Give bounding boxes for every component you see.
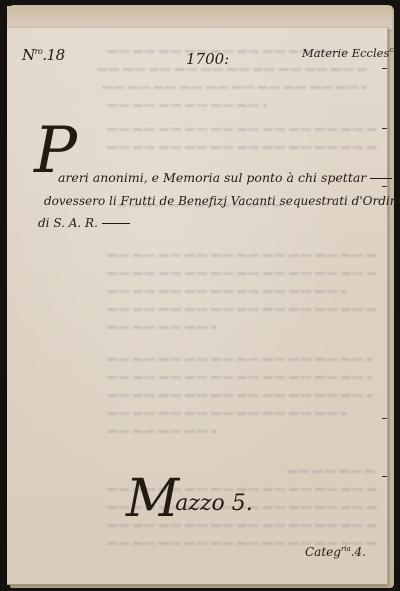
edge-mark [382,418,387,419]
title-line-3: di S. A. R. [38,216,130,230]
subject-text: Materie Eccles [302,46,389,60]
reference-number: Nro.18 [22,46,65,64]
subject-sup: che [389,46,400,54]
category-text: Categ [305,545,341,559]
edge-mark [382,128,387,129]
bleed-through-line [107,290,347,293]
bleed-through-line [107,254,377,257]
bleed-through-line [107,146,377,149]
reference-number-value: 18 [47,46,65,64]
bleed-through-line [107,376,372,379]
bleed-through-line [107,104,267,107]
bleed-through-line [107,128,377,131]
category-number: 4. [355,545,366,559]
edge-mark [382,476,387,477]
document-year: 1700: [186,50,229,68]
title-line-2-text: dovessero li Frutti de Benefizj Vacanti … [44,194,400,208]
bleed-through-line [287,470,377,473]
bundle-label-text: azzo 5. [175,491,253,516]
line-filler-dash [370,178,392,180]
bleed-through-line [107,394,372,397]
bleed-through-line [107,272,377,275]
subject-heading: Materie Ecclesche [302,46,400,60]
category-sup: ria [341,545,351,553]
bleed-through-line [107,430,217,433]
title-line-1-text: areri anonimi, e Memoria sul ponto à chi… [58,170,366,185]
reference-number-prefix: N [22,46,35,64]
category-label: Categria.4. [305,545,366,559]
bleed-through-line [107,412,347,415]
bundle-label: Mazzo 5. [126,463,253,523]
title-line-1: areri anonimi, e Memoria sul ponto à chi… [58,170,392,185]
title-line-2: dovessero li Frutti de Benefizj Vacanti … [44,194,400,208]
edge-mark [382,186,387,187]
bleed-through-line [102,86,367,89]
bleed-through-line [107,358,372,361]
bleed-through-line [97,68,367,71]
edge-mark [382,68,387,69]
title-line-3-text: di S. A. R. [38,216,98,230]
bleed-through-line [107,308,377,311]
bleed-through-line [107,326,217,329]
line-filler-dash [102,223,130,225]
bundle-label-cap: M [126,469,179,529]
manuscript-scan: Nro.18 1700: Materie Ecclesche P areri a… [0,0,400,591]
